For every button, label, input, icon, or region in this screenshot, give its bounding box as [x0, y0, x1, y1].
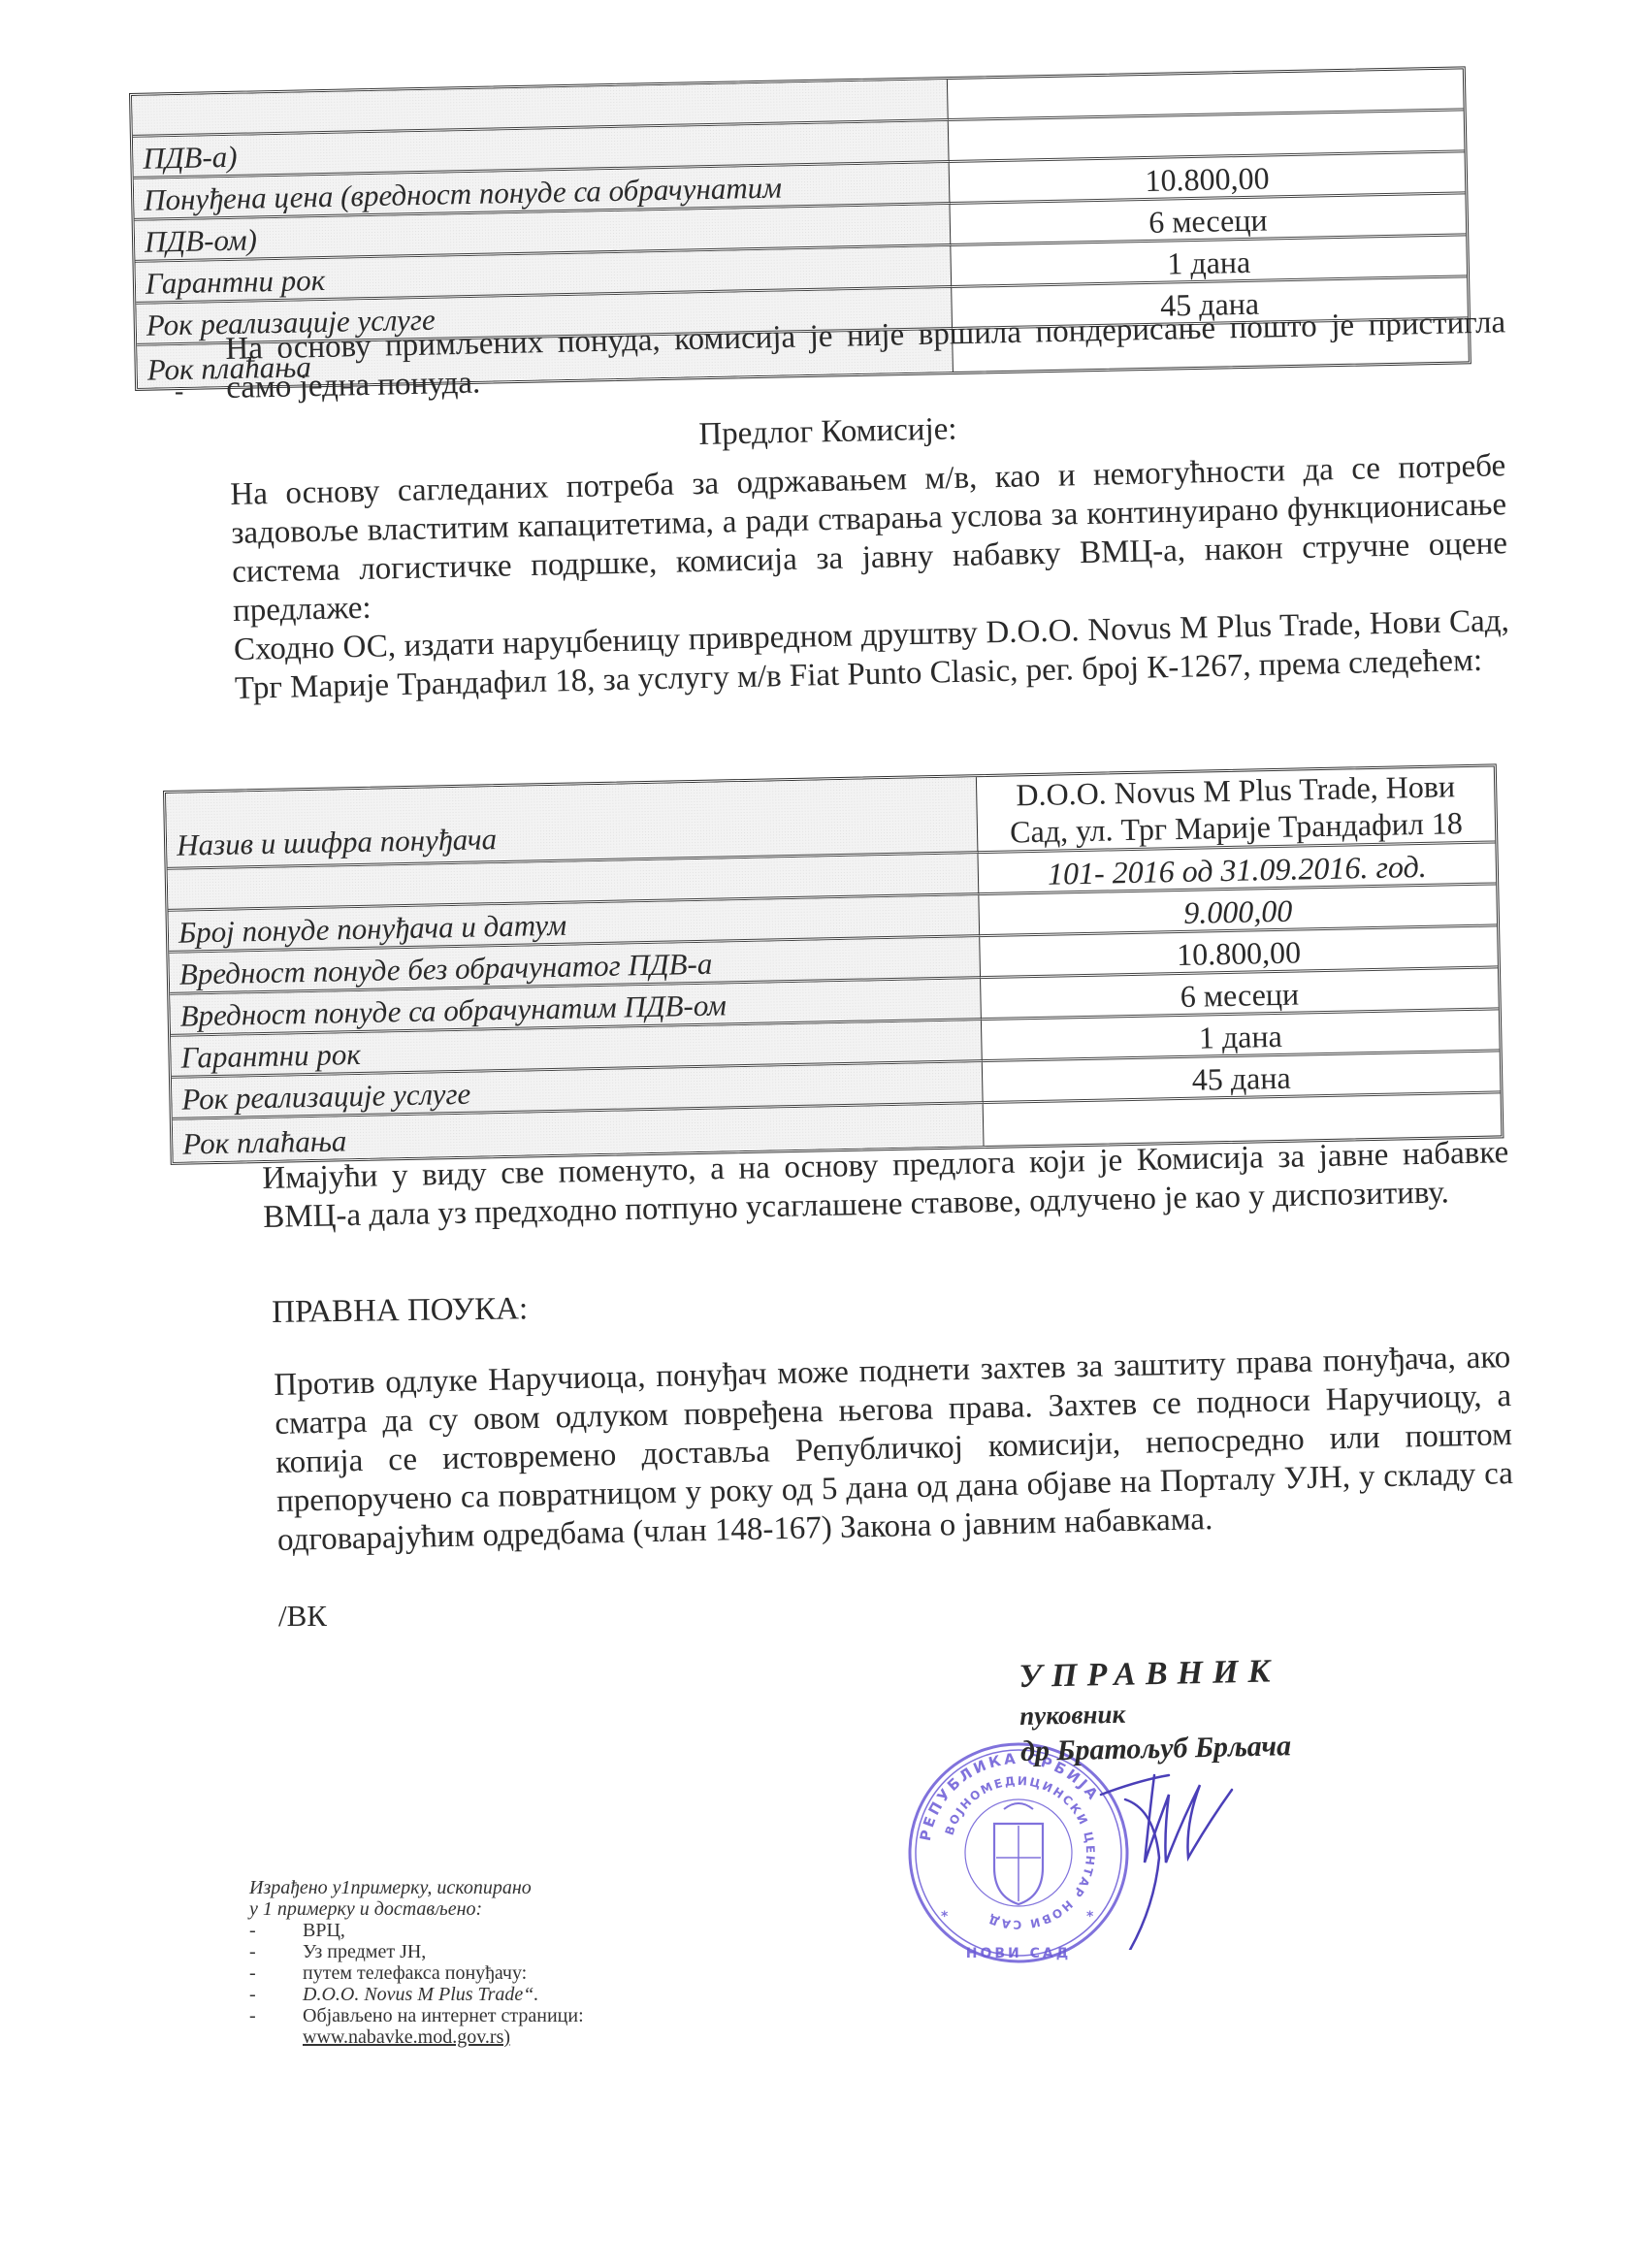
- list-item: -Објављено на интернет страници:: [249, 2005, 584, 2026]
- proposal-text-1: На основу сагледаних потреба за одржавањ…: [230, 446, 1508, 631]
- distribution-list: Израђено у1примерку, ископирано у 1 прим…: [249, 1877, 584, 2048]
- distribution-heading-2: у 1 примерку и достављено:: [249, 1898, 584, 1920]
- handwritten-signature-icon: [1096, 1756, 1242, 1950]
- signature-block: УПРАВНИК пуковник др Братољуб Брљача: [1018, 1653, 1291, 1768]
- proposal-heading: Предлог Комисије:: [698, 411, 957, 453]
- list-item: -ВРЦ,: [249, 1920, 584, 1941]
- svg-text:НОВИ САД: НОВИ САД: [966, 1946, 1071, 1961]
- paragraph-proposal: На основу сагледаних потреба за одржавањ…: [230, 446, 1510, 708]
- legal-notice-heading: ПРАВНА ПОУКА:: [272, 1291, 528, 1331]
- list-item: -Уз предмет ЈН,: [249, 1941, 584, 1962]
- svg-text:*: *: [941, 1909, 949, 1925]
- list-item: www.nabavke.mod.gov.rs): [249, 2026, 584, 2048]
- list-item: -путем телефакса понуђачу:: [249, 1962, 584, 1984]
- offer-table: Назив и шифра понуђача D.O.O. Novus M Pl…: [163, 763, 1503, 1165]
- author-initials: /ВК: [278, 1599, 327, 1634]
- distribution-heading-1: Израђено у1примерку, ископирано: [249, 1877, 584, 1898]
- row-value: D.O.O. Novus M Plus Trade, Нови Сад, ул.…: [977, 766, 1495, 854]
- svg-text:*: *: [1086, 1909, 1094, 1925]
- paragraph-legal-notice: Против одлуке Наручиоца, понуђач може по…: [274, 1338, 1514, 1560]
- bullet-dash: -: [175, 376, 183, 407]
- signatory-rank: пуковник: [1019, 1696, 1291, 1732]
- list-item: -D.O.O. Novus M Plus Trade“.: [249, 1984, 584, 2005]
- document-page: ПДВ-а) Понуђена цена (вредност понуде са…: [0, 0, 1649, 2268]
- signatory-title: УПРАВНИК: [1018, 1653, 1290, 1696]
- website-link[interactable]: www.nabavke.mod.gov.rs): [303, 2026, 510, 2048]
